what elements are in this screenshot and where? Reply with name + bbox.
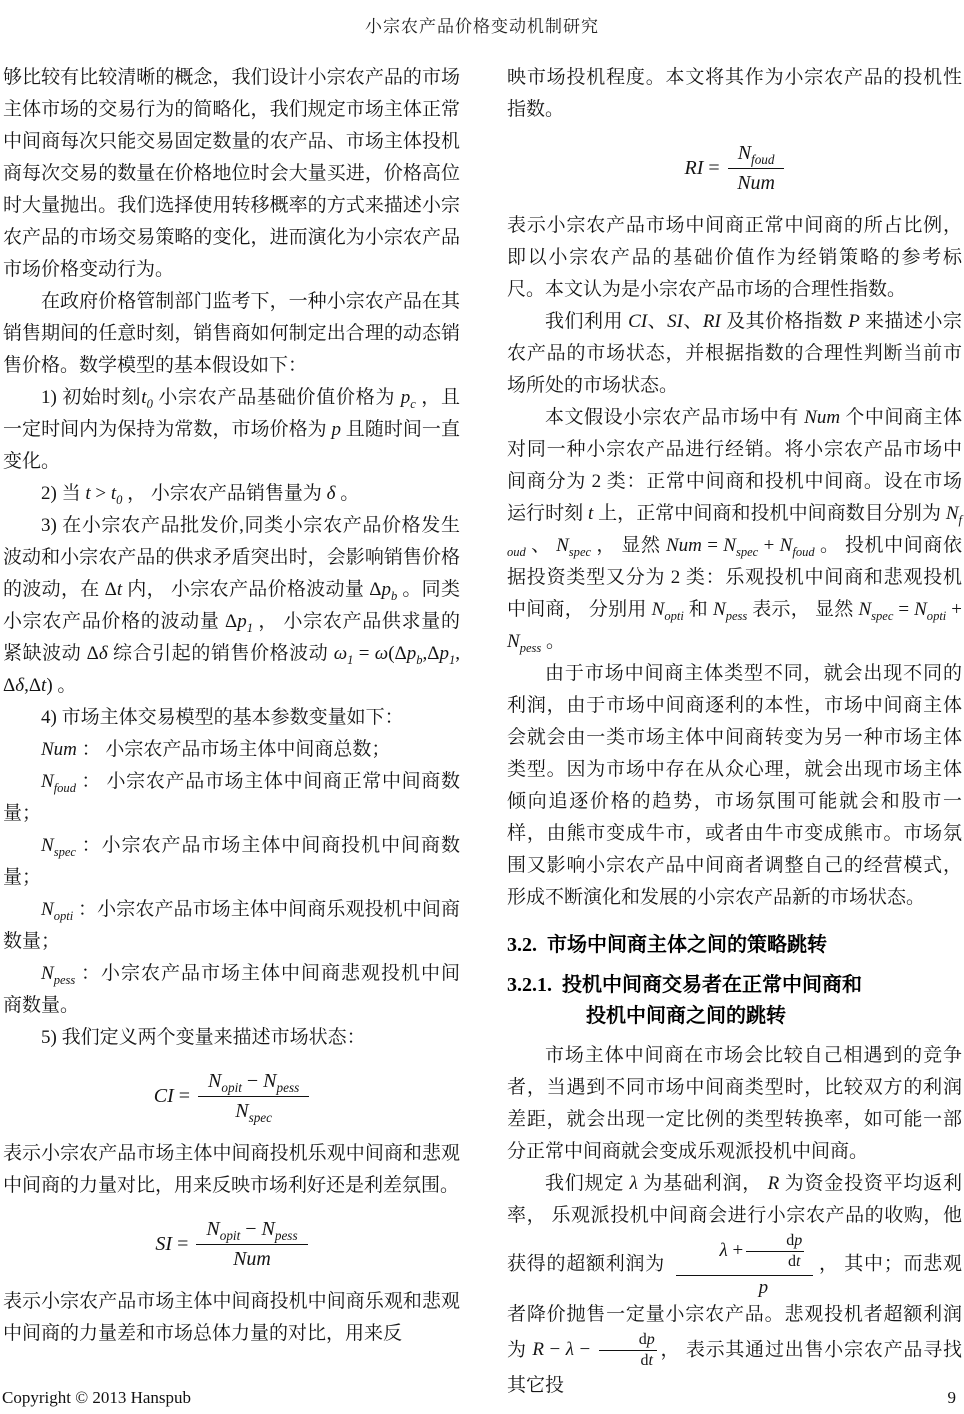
paragraph-market-assumption: 本文假设小宗农产品市场中有 Num 个中间商主体对同一种小宗农产品进行经销。将小… [507,402,962,658]
assumption-item-1: 1) 初始时刻t0 小宗农产品基础价值价格为 pc ，且一定时间内为保持为常数，… [3,382,460,478]
paragraph-ri-description: 表示小宗农产品市场中间商正常中间商的所占比例，即以小宗农产品的基础价值作为经销策… [507,210,962,306]
formula-si-numerator: Nopit − Npess [196,1218,307,1245]
optimist-frac-num-prefix: λ + [682,1241,744,1262]
assumption-item-5: 5) 我们定义两个变量来描述市场状态： [3,1022,460,1054]
page-footer: Copyright © 2013 Hanspub 9 [0,1388,964,1408]
running-head-title: 小宗农产品价格变动机制研究 [0,12,964,37]
formula-ci: CI = Nopit − Npess Nspec [3,1061,460,1131]
copyright-notice: Copyright © 2013 Hanspub [0,1388,191,1408]
optimist-frac-denominator: p [676,1276,814,1299]
assumption-item-2: 2) 当 t > t0 ， 小宗农产品销售量为 δ 。 [3,478,460,510]
variable-def-nopti: Nopti ：小宗农产品市场主体中间商乐观投机中间商数量； [3,894,460,958]
variable-def-nspec: Nspec ：小宗农产品市场主体中间商投机中间商数量； [3,830,460,894]
section-title-3-2-1-line1: 投机中间商交易者在正常中间商和 [562,974,862,996]
dt-term-pessimist: dt [599,1351,657,1370]
assumption-item-3: 3) 在小宗农产品批发价,同类小宗农产品价格发生波动和小宗农产品的供求矛盾突出时… [3,510,460,702]
formula-si: SI = Nopit − Npess Num [3,1209,460,1279]
variable-def-num: Num ： 小宗农产品市场主体中间商总数； [3,734,460,766]
paragraph-indices-usage: 我们利用 CI、SI、RI 及其价格指数 P 来描述小宗农产品的市场状态，并根据… [507,306,962,402]
paragraph-si-description: 表示小宗农产品市场主体中间商投机中间商乐观和悲观中间商的力量差和市场总体力量的对… [3,1286,460,1350]
section-number-3-2: 3.2. [507,934,537,956]
paragraph-speculation-index: 映市场投机程度。本文将其作为小宗农产品的投机性指数。 [507,62,962,126]
right-column: 映市场投机程度。本文将其作为小宗农产品的投机性指数。 RI = Nfoud Nu… [507,62,962,1402]
formula-si-fraction: Nopit − Npess Num [196,1218,307,1271]
formula-ci-fraction: Nopit − Npess Nspec [198,1070,309,1123]
formula-ri-denominator: Num [728,169,785,195]
fraction-dp-dt-pessimist: dpdt [599,1331,657,1371]
paragraph-government-regulation: 在政府价格管制部门监考下，一种小宗农产品在其销售期间的任意时刻，销售商如何制定出… [3,286,460,382]
fraction-dp-dt: dpdt [746,1232,804,1272]
formula-ri-lhs: RI = [685,157,720,180]
formula-ri-numerator: Nfoud [728,142,785,169]
dp-term-pessimist: dp [599,1331,657,1351]
dp-term: dp [746,1232,804,1252]
section-heading-3-2: 3.2.市场中间商主体之间的策略跳转 [507,930,962,960]
paragraph-type-transition: 由于市场中间商主体类型不同，就会出现不同的利润，由于市场中间商逐利的本性，市场中… [507,658,962,914]
formula-ri-fraction: Nfoud Num [728,142,785,195]
formula-ri: RI = Nfoud Num [507,133,962,203]
formula-ci-numerator: Nopit − Npess [198,1070,309,1097]
pessimist-expression: R − λ − dpdt [532,1339,659,1360]
fraction-optimist-profit: λ + dpdtp [676,1232,814,1299]
section-title-3-2-1-line2: 投机中间商之间的跳转 [507,1001,962,1032]
dt-term: dt [746,1252,804,1271]
section-title-3-2: 市场中间商主体之间的策略跳转 [547,934,827,956]
page-number: 9 [948,1388,964,1408]
variable-def-nfoud: Nfoud ： 小宗农产品市场主体中间商正常中间商数量； [3,766,460,830]
variable-def-npess: Npess ：小宗农产品市场主体中间商悲观投机中间商数量。 [3,958,460,1022]
assumption-item-4: 4) 市场主体交易模型的基本参数变量如下： [3,702,460,734]
paragraph-ci-description: 表示小宗农产品市场主体中间商投机乐观中间商和悲观中间商的力量对比，用来反映市场利… [3,1138,460,1202]
left-column: 够比较有比较清晰的概念，我们设计小宗农产品的市场主体市场的交易行为的简略化，我们… [3,62,460,1350]
paragraph-market-model: 够比较有比较清晰的概念，我们设计小宗农产品的市场主体市场的交易行为的简略化，我们… [3,62,460,286]
formula-ci-lhs: CI = [154,1085,190,1108]
formula-ci-denominator: Nspec [198,1097,309,1123]
pessimist-expr-prefix: R − λ − [532,1339,595,1360]
paper-page: 小宗农产品价格变动机制研究 够比较有比较清晰的概念，我们设计小宗农产品的市场主体… [0,0,964,1414]
formula-si-lhs: SI = [155,1233,188,1256]
section-heading-3-2-1: 3.2.1.投机中间商交易者在正常中间商和 投机中间商之间的跳转 [507,970,962,1032]
formula-si-denominator: Num [196,1245,307,1271]
section-number-3-2-1: 3.2.1. [507,974,552,996]
paragraph-excess-profit: 我们规定 λ 为基础利润， R 为资金投资平均返利率， 乐观派投机中间商会进行小… [507,1168,962,1402]
paragraph-competitor-comparison: 市场主体中间商在市场会比较自己相遇到的竞争者，当遇到不同市场中间商类型时，比较双… [507,1040,962,1168]
